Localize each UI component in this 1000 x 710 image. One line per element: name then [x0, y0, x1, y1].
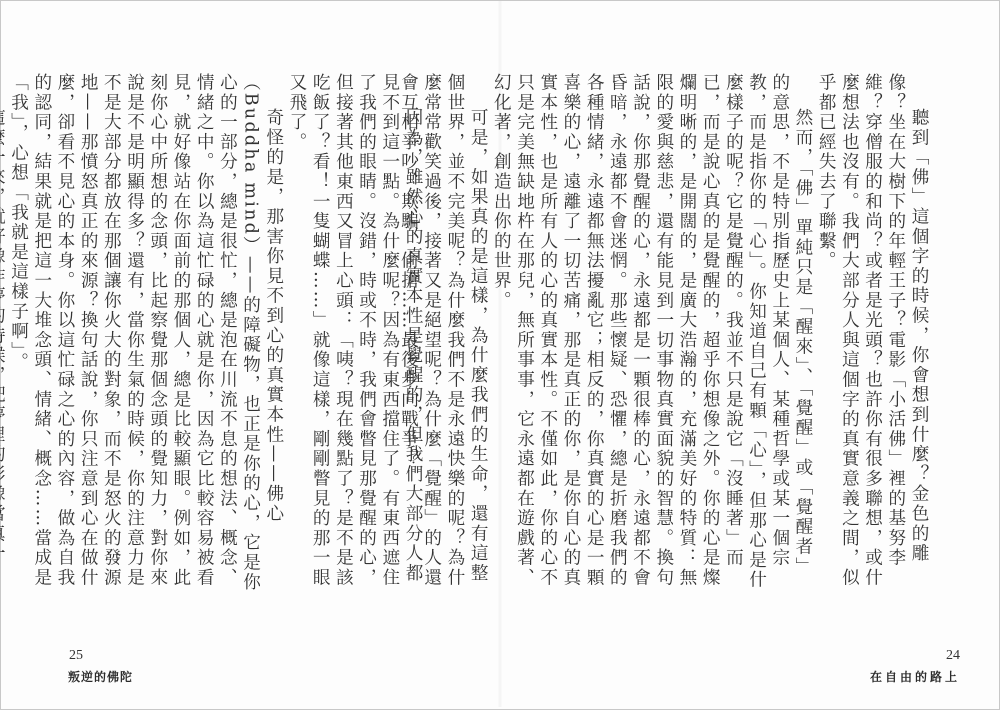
paragraph: 聽到「佛」這個字的時候，你會想到什麼？金色的雕像？坐在大樹下的年輕王子？電影「小…	[814, 73, 930, 595]
running-title: 叛逆的佛陀	[68, 668, 133, 685]
paragraph: 這麼一來，就好像作夢的時候，把夢裡的影像當真一樣。就像夢到被一個可怕的怪人追殺，…	[0, 73, 6, 595]
paragraph: 然而，「佛」單純只是「醒來」、「覺醒」或「覺醒者」的意思，不是特別指歷史上某個人…	[489, 73, 814, 595]
page-number: 25	[69, 648, 83, 664]
right-page-body: 聽到「佛」這個字的時候，你會想到什麼？金色的雕像？坐在大樹下的年輕王子？電影「小…	[572, 73, 930, 595]
paragraph: 可是，如果真的是這樣，為什麼我們的生命，還有這整個世界，並不完美呢？為什麼我們不…	[396, 73, 489, 595]
right-page: 聽到「佛」這個字的時候，你會想到什麼？金色的雕像？坐在大樹下的年輕王子？電影「小…	[500, 0, 1000, 710]
page-number: 24	[946, 648, 960, 664]
left-page-body: 因為，雖然心的真實本性是覺醒的，但我們大部分人都見不到這一點。為什麼呢？因為有東…	[68, 73, 424, 595]
paragraph: 奇怪的是，那害你見不到心的真實本性——佛心（Buddha mind）——的障礙物…	[6, 73, 284, 595]
running-title: 在自由的路上	[870, 668, 960, 685]
